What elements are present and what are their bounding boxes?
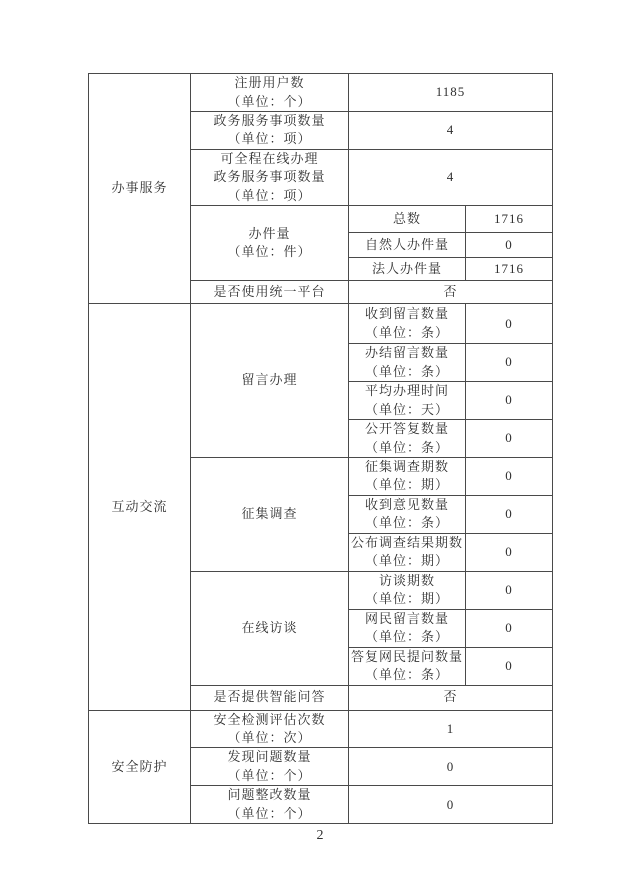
label-registered-users: 注册用户数 （单位：个）: [191, 74, 349, 112]
label-problems-rectified: 问题整改数量 （单位：个）: [191, 786, 349, 824]
label-case-legal: 法人办件量: [349, 258, 466, 281]
value-survey-periods: 0: [466, 457, 553, 495]
label-smart-qa: 是否提供智能问答: [191, 685, 349, 710]
value-problems-found: 0: [349, 748, 553, 786]
label-gov-service-items: 政务服务事项数量 （单位：项）: [191, 112, 349, 150]
value-case-total: 1716: [466, 206, 553, 233]
label-interview-periods: 访谈期数 （单位：期）: [349, 571, 466, 609]
value-case-natural: 0: [466, 233, 553, 258]
label-security-assessments: 安全检测评估次数 （单位：次）: [191, 710, 349, 748]
value-smart-qa: 否: [349, 685, 553, 710]
label-problems-found: 发现问题数量 （单位：个）: [191, 748, 349, 786]
category-cell-interaction: 互动交流: [89, 304, 191, 710]
value-security-assessments: 1: [349, 710, 553, 748]
value-avg-processing-time: 0: [466, 382, 553, 420]
label-survey-results-published: 公布调查结果期数 （单位：期）: [349, 533, 466, 571]
label-survey-periods: 征集调查期数 （单位：期）: [349, 457, 466, 495]
label-avg-processing-time: 平均办理时间 （单位：天）: [349, 382, 466, 420]
value-online-full-process: 4: [349, 149, 553, 205]
value-netizen-replies: 0: [466, 647, 553, 685]
label-messages-completed: 办结留言数量 （单位：条）: [349, 344, 466, 382]
value-messages-completed: 0: [466, 344, 553, 382]
annual-report-table: 办事服务 注册用户数 （单位：个） 1185 政务服务事项数量 （单位：项） 4…: [88, 73, 553, 824]
label-case-natural: 自然人办件量: [349, 233, 466, 258]
label-survey: 征集调查: [191, 457, 349, 571]
label-case-volume: 办件量 （单位：件）: [191, 206, 349, 281]
label-public-replies: 公开答复数量 （单位：条）: [349, 420, 466, 458]
table-row: 办事服务 注册用户数 （单位：个） 1185: [89, 74, 553, 112]
value-gov-service-items: 4: [349, 112, 553, 150]
value-problems-rectified: 0: [349, 786, 553, 824]
table-row: 互动交流 留言办理 收到留言数量 （单位：条） 0: [89, 304, 553, 344]
label-unified-platform: 是否使用统一平台: [191, 281, 349, 304]
category-cell-security: 安全防护: [89, 710, 191, 824]
value-survey-results-published: 0: [466, 533, 553, 571]
label-online-interview: 在线访谈: [191, 571, 349, 685]
label-netizen-messages: 网民留言数量 （单位：条）: [349, 609, 466, 647]
value-public-replies: 0: [466, 420, 553, 458]
category-cell-service: 办事服务: [89, 74, 191, 304]
value-case-legal: 1716: [466, 258, 553, 281]
label-opinions-received: 收到意见数量 （单位：条）: [349, 495, 466, 533]
value-netizen-messages: 0: [466, 609, 553, 647]
page-number: 2: [0, 828, 627, 844]
table-row: 安全防护 安全检测评估次数 （单位：次） 1: [89, 710, 553, 748]
value-interview-periods: 0: [466, 571, 553, 609]
value-registered-users: 1185: [349, 74, 553, 112]
label-messages-received: 收到留言数量 （单位：条）: [349, 304, 466, 344]
label-message-handling: 留言办理: [191, 304, 349, 458]
label-case-total: 总数: [349, 206, 466, 233]
value-opinions-received: 0: [466, 495, 553, 533]
label-online-full-process: 可全程在线办理 政务服务事项数量 （单位：项）: [191, 149, 349, 205]
label-netizen-replies: 答复网民提问数量 （单位：条）: [349, 647, 466, 685]
value-messages-received: 0: [466, 304, 553, 344]
value-unified-platform: 否: [349, 281, 553, 304]
document-page: 办事服务 注册用户数 （单位：个） 1185 政务服务事项数量 （单位：项） 4…: [0, 0, 627, 889]
